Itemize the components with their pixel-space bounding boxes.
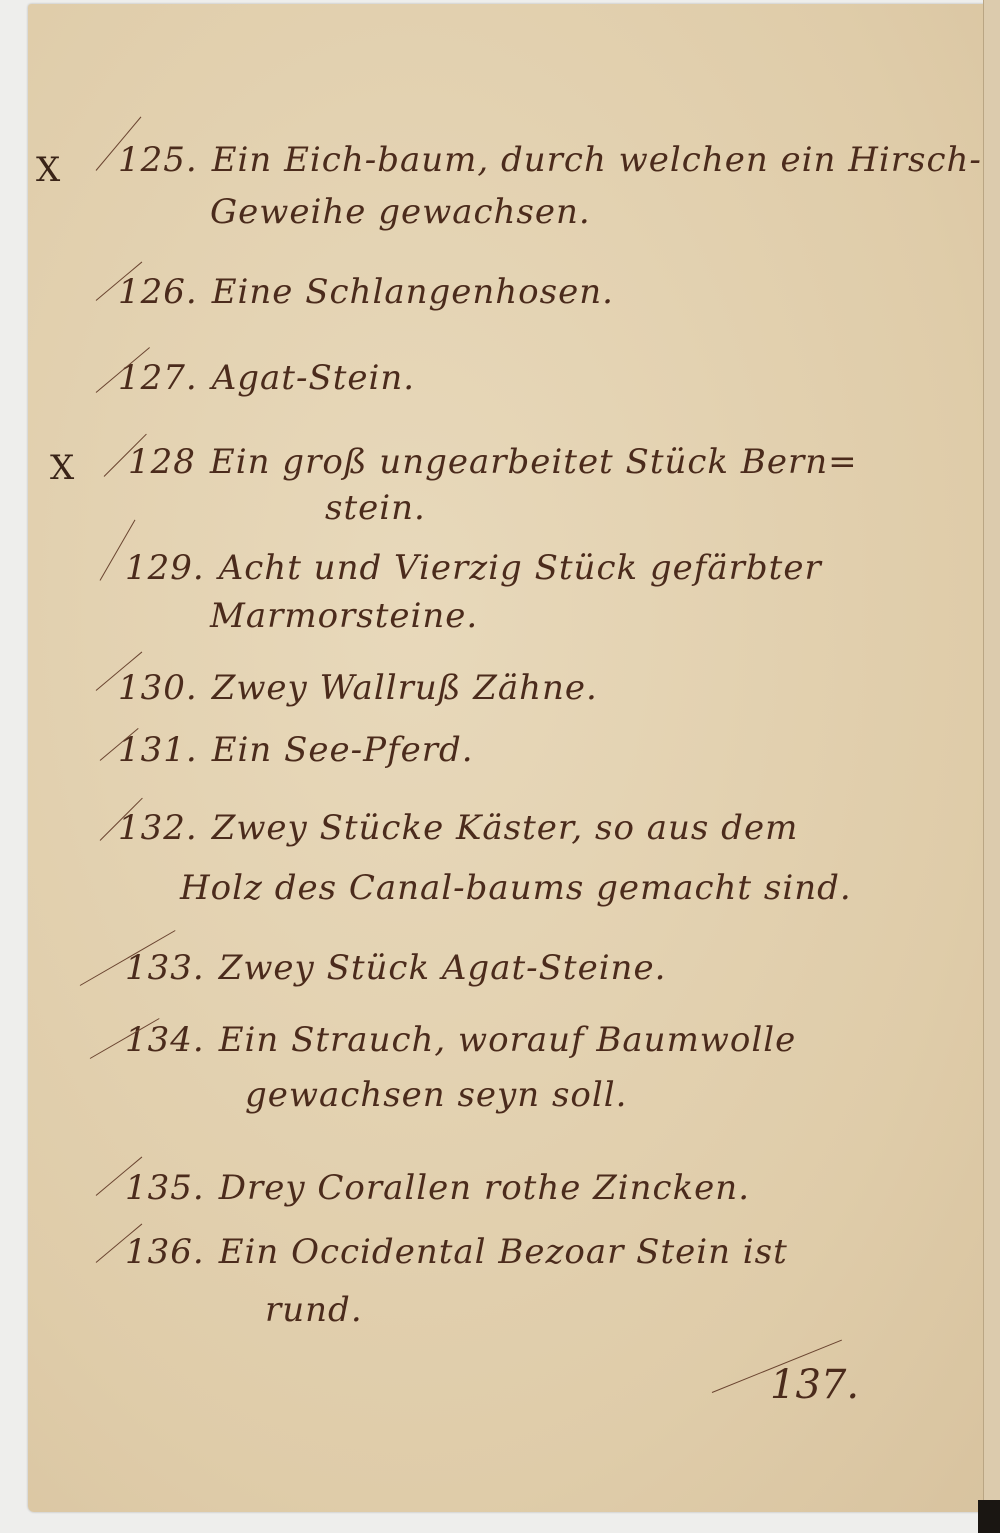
entry-126: 126.Eine Schlangenhosen. <box>118 272 614 312</box>
entry-text: Zwey Stücke Käster, so aus dem <box>212 808 799 848</box>
entry-125-line-2: Geweihe gewachsen. <box>210 192 591 232</box>
entry-text: Ein Occidental Bezoar Stein ist <box>219 1232 788 1272</box>
entry-text: Ein Strauch, worauf Baumwolle <box>219 1020 797 1060</box>
entry-number: 129. <box>125 548 205 588</box>
entry-134-line-2: gewachsen seyn soll. <box>245 1075 627 1115</box>
page-binding-fold <box>983 0 1000 1533</box>
entry-129-line-1: 129.Acht und Vierzig Stück gefärbter <box>125 548 822 588</box>
entry-134-line-1: 134.Ein Strauch, worauf Baumwolle <box>125 1020 796 1060</box>
entry-number: 133. <box>125 948 205 988</box>
entry-number: 135. <box>125 1168 205 1208</box>
entry-128-line-1: 128Ein groß ungearbeitet Stück Bern= <box>128 442 858 482</box>
entry-number: 130. <box>118 668 198 708</box>
entry-number: 132. <box>118 808 198 848</box>
margin-cross-mark-125: X <box>36 150 60 190</box>
entry-text: Drey Corallen rothe Zincken. <box>219 1168 750 1208</box>
entry-number: 126. <box>118 272 198 312</box>
entry-text: Ein groß ungearbeitet Stück Bern= <box>210 442 858 482</box>
entry-130: 130.Zwey Wallruß Zähne. <box>118 668 598 708</box>
entry-text: Acht und Vierzig Stück gefärbter <box>219 548 822 588</box>
entry-number: 134. <box>125 1020 205 1060</box>
entry-number: 125. <box>118 140 198 180</box>
folio-number: 137. <box>770 1362 859 1408</box>
entry-136-line-1: 136.Ein Occidental Bezoar Stein ist <box>125 1232 788 1272</box>
entry-text: Zwey Wallruß Zähne. <box>212 668 598 708</box>
entry-text: Ein Eich-baum, durch welchen ein Hirsch- <box>212 140 982 180</box>
entry-136-line-2: rund. <box>265 1290 363 1330</box>
entry-133: 133.Zwey Stück Agat-Steine. <box>125 948 666 988</box>
entry-number: 128 <box>128 442 196 482</box>
entry-text: Eine Schlangenhosen. <box>212 272 614 312</box>
entry-125-line-1: 125.Ein Eich-baum, durch welchen ein Hir… <box>118 140 982 180</box>
entry-127: 127.Agat-Stein. <box>118 358 415 398</box>
entry-129-line-2: Marmorsteine. <box>210 596 478 636</box>
entry-text: Ein See-Pferd. <box>212 730 474 770</box>
entry-text: Zwey Stück Agat-Steine. <box>219 948 667 988</box>
binding-shadow <box>978 1500 1000 1533</box>
entry-text: Agat-Stein. <box>212 358 415 398</box>
entry-132-line-2: Holz des Canal-baums gemacht sind. <box>180 868 852 908</box>
entry-128-line-2: stein. <box>325 488 426 528</box>
entry-135: 135.Drey Corallen rothe Zincken. <box>125 1168 750 1208</box>
entry-number: 136. <box>125 1232 205 1272</box>
margin-cross-mark-128: X <box>50 448 74 488</box>
entry-131: 131.Ein See-Pferd. <box>118 730 474 770</box>
entry-132-line-1: 132.Zwey Stücke Käster, so aus dem <box>118 808 798 848</box>
